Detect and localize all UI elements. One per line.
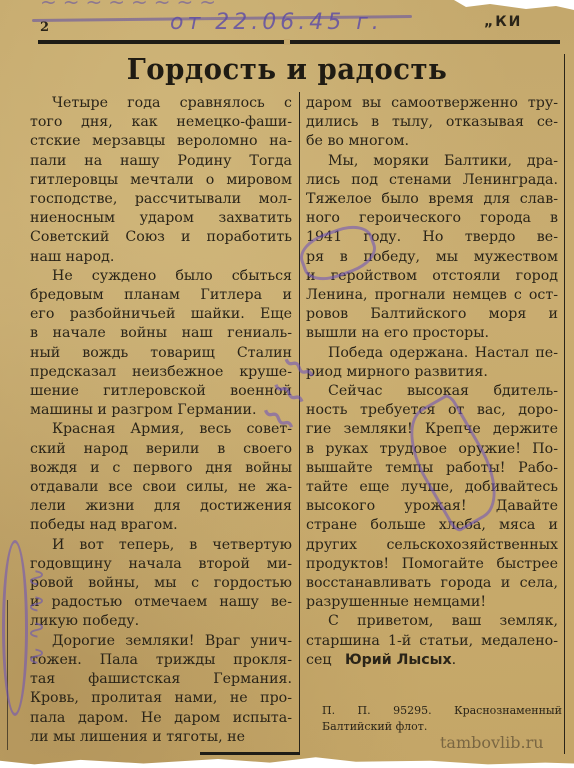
text-line: предсказал неизбежное круше- <box>30 363 292 382</box>
article-paragraph: И вот теперь, в четвертуюгодовщину начал… <box>30 536 292 632</box>
author-name: Юрий Лысых <box>345 652 452 668</box>
text-line: лись под стенами Ленинграда. <box>306 171 558 190</box>
text-line: Четыре года сравнялось с <box>30 94 292 113</box>
article-paragraph: Красная Армия, весь совет-ский народ вер… <box>30 420 292 535</box>
text-line: Красная Армия, весь совет- <box>30 420 292 439</box>
text-line: ликую победу. <box>30 612 292 631</box>
text-line: ровов Балтийского моря и <box>306 305 558 324</box>
text-line: дились в тылу, отказывая се- <box>306 113 558 132</box>
page-number: 2 <box>40 20 49 35</box>
article-column-left: Четыре года сравнялось стого дня, как не… <box>30 94 292 747</box>
torn-edge-top <box>454 0 574 10</box>
text-line: И вот теперь, в четвертую <box>30 536 292 555</box>
text-line: высокого урожая! Давайте <box>306 497 558 516</box>
text-line: его разбойничьей шайки. Еще <box>30 305 292 324</box>
text-line: Дорогие земляки! Враг унич- <box>30 632 292 651</box>
article-paragraph: С приветом, ваш земляк,старшина 1-й стат… <box>306 612 558 670</box>
text-line: отдавали все свои силы, не жа- <box>30 478 292 497</box>
header-rule <box>38 40 560 44</box>
text-line: ный вождь товарищ Сталин <box>30 344 292 363</box>
text-line: Советский Союз и поработить <box>30 228 292 247</box>
text-line: восстанавливать города и села, <box>306 574 558 593</box>
article-paragraph: Победа одержана. Настал пе-риод мирного … <box>306 344 558 382</box>
text-line: Тяжелое было время для слав- <box>306 190 558 209</box>
text-line: вышли на его просторы. <box>306 324 558 343</box>
text-line: продуктов! Помогайте быстрее <box>306 555 558 574</box>
text-line: Сейчас высокая бдитель- <box>306 382 558 401</box>
author-address-note: П. П. 95295. Краснознаменный Балтийский … <box>322 703 562 735</box>
text-line: наш народ. <box>30 248 292 267</box>
article-title: Гордость и радость <box>14 52 559 86</box>
article-paragraph: Четыре года сравнялось стого дня, как не… <box>30 94 292 267</box>
text-line: ский народ верили в своего <box>30 440 292 459</box>
text-line: бе во многом. <box>306 132 558 151</box>
text-line: господстве, рассчитывали мол- <box>30 190 292 209</box>
bottom-rule <box>200 752 300 755</box>
text-line: стские мерзавцы вероломно на- <box>30 132 292 151</box>
text-line: бредовым планам Гитлера и <box>30 286 292 305</box>
text-line: Ленина, прогнали немцев с ост- <box>306 286 558 305</box>
text-line: годовщину начала второй ми- <box>30 555 292 574</box>
signature-prefix: сец <box>306 652 331 668</box>
text-line: тожен. Пала трижды прокля- <box>30 651 292 670</box>
text-line: стране больше хлеба, мяса и <box>306 516 558 535</box>
text-line: победы над врагом. <box>30 516 292 535</box>
header-rule-gap <box>284 39 290 45</box>
newspaper-clipping: ~~~~~~~~ от 22.06.45 г. 2 „КИ Гордость и… <box>0 0 574 768</box>
text-line: разрушенные немцами! <box>306 593 558 612</box>
text-line: гитлеровцы мечтали о мировом <box>30 171 292 190</box>
footer-note-text: П. П. 95295. Краснознаменный Балтийский … <box>322 703 562 735</box>
text-line: тая фашистская Германия. <box>30 670 292 689</box>
text-line: шение гитлеровской военной <box>30 382 292 401</box>
article-paragraph: Не суждено было сбытьсябредовым планам Г… <box>30 267 292 421</box>
article-column-right: даром вы самоотверженно тру-дились в тыл… <box>306 94 558 670</box>
text-line: даром вы самоотверженно тру- <box>306 94 558 113</box>
text-line: Не суждено было сбыться <box>30 267 292 286</box>
right-border-rule <box>564 54 565 754</box>
text-line: в начале войны наш гениаль- <box>30 324 292 343</box>
article-paragraph: Дорогие земляки! Враг унич-тожен. Пала т… <box>30 632 292 747</box>
text-line: машины и разгром Германии. <box>30 401 292 420</box>
text-line: риод мирного развития. <box>306 363 558 382</box>
text-line: вождя и с первого дня войны <box>30 459 292 478</box>
text-line: Победа одержана. Настал пе- <box>306 344 558 363</box>
signature-line: сец Юрий Лысых. <box>306 651 558 670</box>
text-line: ли мы лишения и тяготы, не <box>30 728 292 747</box>
text-line: Кровь, пролитая нами, не про- <box>30 689 292 708</box>
text-line: пали на нашу Родину Тогда <box>30 152 292 171</box>
article-paragraph: даром вы самоотверженно тру-дились в тыл… <box>306 94 558 152</box>
text-line: ного героического города в <box>306 209 558 228</box>
text-line: других сельскохозяйственных <box>306 536 558 555</box>
text-line: лели жизни для достижения <box>30 497 292 516</box>
text-line: того дня, как немецко-фаши- <box>30 113 292 132</box>
text-line: С приветом, ваш земляк, <box>306 612 558 631</box>
text-line: старшина 1-й статьи, медалено- <box>306 632 558 651</box>
text-line: ниеносным ударом захватить <box>30 209 292 228</box>
newspaper-name: „КИ <box>484 14 522 30</box>
text-line: пала даром. Не даром испыта- <box>30 709 292 728</box>
signature-suffix: . <box>452 652 457 668</box>
ink-scribble <box>2 540 28 716</box>
text-line: ровой войны, мы с гордостью <box>30 574 292 593</box>
text-line: и радостью отмечаем нашу ве- <box>30 593 292 612</box>
text-line: Мы, моряки Балтики, дра- <box>306 152 558 171</box>
handwritten-date: от 22.06.45 г. <box>170 10 383 35</box>
watermark: tambovlib.ru <box>440 733 544 752</box>
